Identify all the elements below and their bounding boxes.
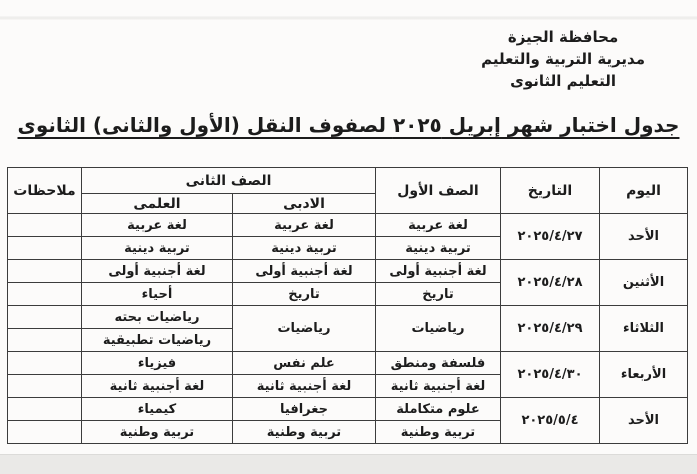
- subject-cell: فيزياء: [81, 352, 232, 375]
- scanned-document-page: محافظة الجيزة مديرية التربية والتعليم ال…: [0, 0, 697, 474]
- document-title: جدول اختبار شهر إبريل ٢٠٢٥ لصفوف النقل (…: [0, 113, 697, 137]
- subject-cell: تربية وطنية: [233, 421, 376, 444]
- table-row: الأثنين ٢٠٢٥/٤/٢٨ لغة أجنبية أولى لغة أج…: [7, 260, 687, 283]
- notes-cell: [7, 214, 81, 237]
- subject-cell: لغة أجنبية أولى: [376, 260, 501, 283]
- notes-cell: [7, 398, 81, 421]
- letterhead-department: التعليم الثانوى: [481, 70, 645, 92]
- subject-cell: لغة عربية: [233, 214, 376, 237]
- header-grade2: الصف الثانى: [81, 168, 375, 194]
- day-cell: الأحد: [600, 214, 688, 260]
- date-cell: ٢٠٢٥/٤/٣٠: [501, 352, 600, 398]
- date-cell: ٢٠٢٥/٤/٢٧: [501, 214, 600, 260]
- date-cell: ٢٠٢٥/٤/٢٨: [501, 260, 600, 306]
- subject-cell: رياضيات: [376, 306, 501, 352]
- subject-cell: تاريخ: [233, 283, 376, 306]
- subject-cell: رياضيات: [233, 306, 376, 352]
- header-day: اليوم: [600, 168, 688, 214]
- subject-cell: لغة أجنبية أولى: [81, 260, 232, 283]
- letterhead-directorate: مديرية التربية والتعليم: [481, 48, 645, 70]
- day-cell: الأحد: [600, 398, 688, 444]
- subject-cell: علوم متكاملة: [376, 398, 501, 421]
- notes-cell: [7, 260, 81, 283]
- notes-cell: [7, 375, 81, 398]
- day-cell: الأثنين: [600, 260, 688, 306]
- notes-cell: [7, 306, 81, 329]
- letterhead: محافظة الجيزة مديرية التربية والتعليم ال…: [481, 26, 645, 92]
- letterhead-governorate: محافظة الجيزة: [481, 26, 645, 48]
- notes-cell: [7, 283, 81, 306]
- subject-cell: فلسفة ومنطق: [376, 352, 501, 375]
- subject-cell: لغة عربية: [376, 214, 501, 237]
- subject-cell: رياضيات بحته: [81, 306, 232, 329]
- subject-cell: لغة أجنبية ثانية: [233, 375, 376, 398]
- day-cell: الأربعاء: [600, 352, 688, 398]
- subject-cell: رياضيات تطبيقية: [81, 329, 232, 352]
- subject-cell: تاريخ: [376, 283, 501, 306]
- header-notes: ملاحظات: [7, 168, 81, 214]
- header-date: التاريخ: [501, 168, 600, 214]
- subject-cell: أحياء: [81, 283, 232, 306]
- subject-cell: لغة عربية: [81, 214, 232, 237]
- notes-cell: [7, 421, 81, 444]
- subject-cell: تربية دينية: [233, 237, 376, 260]
- day-cell: الثلاثاء: [600, 306, 688, 352]
- subject-cell: كيمياء: [81, 398, 232, 421]
- date-cell: ٢٠٢٥/٤/٢٩: [501, 306, 600, 352]
- table-row: الأربعاء ٢٠٢٥/٤/٣٠ فلسفة ومنطق علم نفس ف…: [7, 352, 687, 375]
- table-row: الأحد ٢٠٢٥/٤/٢٧ لغة عربية لغة عربية لغة …: [7, 214, 687, 237]
- subject-cell: تربية دينية: [81, 237, 232, 260]
- table-row: الثلاثاء ٢٠٢٥/٤/٢٩ رياضيات رياضيات رياضي…: [7, 306, 687, 329]
- notes-cell: [7, 352, 81, 375]
- subject-cell: لغة أجنبية أولى: [233, 260, 376, 283]
- notes-cell: [7, 237, 81, 260]
- table-row: الأحد ٢٠٢٥/٥/٤ علوم متكاملة جغرافيا كيمي…: [7, 398, 687, 421]
- notes-cell: [7, 329, 81, 352]
- subject-cell: لغة أجنبية ثانية: [81, 375, 232, 398]
- date-cell: ٢٠٢٥/٥/٤: [501, 398, 600, 444]
- subject-cell: تربية وطنية: [81, 421, 232, 444]
- exam-schedule-table: اليوم التاريخ الصف الأول الصف الثانى ملا…: [7, 167, 688, 444]
- document-title-text: جدول اختبار شهر إبريل ٢٠٢٥ لصفوف النقل (…: [18, 113, 680, 137]
- header-grade1: الصف الأول: [376, 168, 501, 214]
- header-literary: الادبى: [233, 194, 376, 214]
- scan-edge-bottom: [0, 454, 697, 474]
- subject-cell: لغة أجنبية ثانية: [376, 375, 501, 398]
- subject-cell: جغرافيا: [233, 398, 376, 421]
- subject-cell: علم نفس: [233, 352, 376, 375]
- subject-cell: تربية دينية: [376, 237, 501, 260]
- header-scientific: العلمى: [81, 194, 232, 214]
- subject-cell: تربية وطنية: [376, 421, 501, 444]
- scan-edge-top: [0, 16, 697, 20]
